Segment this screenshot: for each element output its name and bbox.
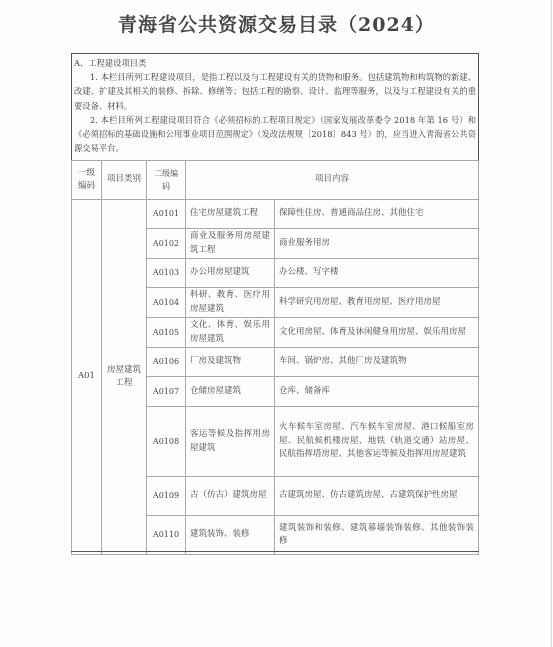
row-name: 文化、体育、娱乐用房屋建筑 bbox=[186, 318, 275, 348]
group-level1-code: A01 bbox=[72, 200, 102, 555]
row-name: 商业及服务用房屋建筑工程 bbox=[186, 229, 275, 259]
catalog-table: 一级编码 项目类别 二级编码 项目内容 A01 房屋建筑工程 A0101 住宅房… bbox=[71, 160, 479, 555]
row-name: 住宅房屋建筑工程 bbox=[186, 200, 275, 229]
group-category: 房屋建筑工程 bbox=[102, 200, 147, 555]
row-content: 文化用房屋、体育及休闲健身用房屋、娱乐用房屋 bbox=[275, 318, 479, 348]
row-code: A0108 bbox=[147, 407, 186, 477]
row-content: 车间、锅炉房、其他厂房及建筑物 bbox=[275, 348, 479, 377]
row-content: 火车候车室房屋、汽车候车室房屋、港口候船室房屋、民航候机楼房屋、地铁（轨道交通）… bbox=[275, 407, 479, 477]
header-level2-code: 二级编码 bbox=[147, 161, 186, 200]
row-name: 建筑装饰、装修 bbox=[186, 516, 275, 555]
row-code: A0105 bbox=[147, 318, 186, 348]
row-name: 仓储房屋建筑 bbox=[186, 377, 275, 407]
intro-paragraph-2: 2. 本栏目所列工程建设项目符合《必须招标的工程项目规定》（国家发展改革委令 2… bbox=[74, 113, 476, 156]
row-name: 客运等候及指挥用房屋建筑 bbox=[186, 407, 275, 477]
document-title: 青海省公共资源交易目录（2024） bbox=[0, 10, 553, 37]
header-level1-code: 一级编码 bbox=[72, 161, 102, 200]
row-name: 古（仿古）建筑房屋 bbox=[186, 477, 275, 516]
row-content: 保障性住房、普通商品住房、其他住宅 bbox=[275, 200, 479, 229]
row-content: 建筑装饰和装修、建筑幕墙装饰装修、其他装饰装修 bbox=[275, 516, 479, 555]
intro-paragraph-1: 1. 本栏目所列工程建设项目，是指工程以及与工程建设有关的货物和服务。包括建筑物… bbox=[74, 70, 476, 113]
row-name: 科研、教育、医疗用房屋建筑 bbox=[186, 288, 275, 318]
row-code: A0106 bbox=[147, 348, 186, 377]
page-edge-divider bbox=[551, 0, 552, 647]
row-code: A0110 bbox=[147, 516, 186, 555]
row-code: A0103 bbox=[147, 259, 186, 288]
section-intro: A、工程建设项目类 1. 本栏目所列工程建设项目，是指工程以及与工程建设有关的货… bbox=[74, 56, 476, 155]
row-name: 厂房及建筑物 bbox=[186, 348, 275, 377]
row-content: 商业服务用房 bbox=[275, 229, 479, 259]
table-row: A01 房屋建筑工程 A0101 住宅房屋建筑工程 保障性住房、普通商品住房、其… bbox=[72, 200, 479, 229]
row-content: 古建筑房屋、仿古建筑房屋、古建筑保护性房屋 bbox=[275, 477, 479, 516]
row-code: A0102 bbox=[147, 229, 186, 259]
table-header-row: 一级编码 项目类别 二级编码 项目内容 bbox=[72, 161, 479, 200]
row-name: 办公用房屋建筑 bbox=[186, 259, 275, 288]
row-code: A0101 bbox=[147, 200, 186, 229]
row-code: A0107 bbox=[147, 377, 186, 407]
row-content: 办公楼、写字楼 bbox=[275, 259, 479, 288]
row-code: A0104 bbox=[147, 288, 186, 318]
row-code: A0109 bbox=[147, 477, 186, 516]
section-heading: A、工程建设项目类 bbox=[74, 56, 476, 70]
header-category: 项目类别 bbox=[102, 161, 147, 200]
row-content: 仓库、储备库 bbox=[275, 377, 479, 407]
header-content: 项目内容 bbox=[186, 161, 479, 200]
row-content: 科学研究用房屋、教育用房屋、医疗用房屋 bbox=[275, 288, 479, 318]
table-bottom-border bbox=[71, 551, 479, 552]
